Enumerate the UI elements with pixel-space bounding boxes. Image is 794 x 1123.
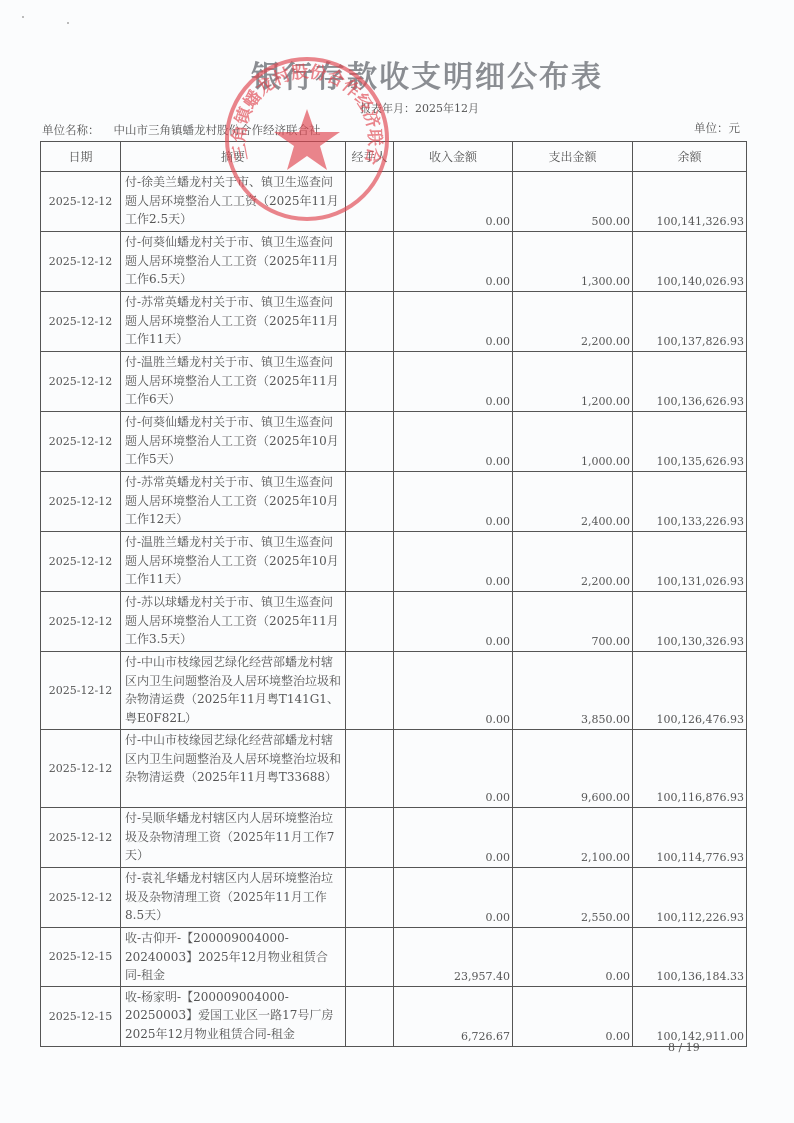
cell-balance: 100,130,326.93 (633, 592, 747, 652)
cell-expense: 0.00 (513, 986, 633, 1046)
cell-handler (346, 412, 394, 472)
cell-expense: 700.00 (513, 592, 633, 652)
table-header-row: 日期 摘要 经手人 收入金额 支出金额 余额 (41, 142, 747, 172)
cell-income: 0.00 (394, 292, 513, 352)
report-period: 报表年月：2025年12月 (360, 100, 479, 116)
table-row: 2025-12-15收-杨家明-【200009004000-20250003】爱… (41, 986, 747, 1046)
cell-date: 2025-12-12 (41, 472, 121, 532)
cell-date: 2025-12-12 (41, 292, 121, 352)
cell-balance: 100,137,826.93 (633, 292, 747, 352)
cell-balance: 100,136,626.93 (633, 352, 747, 412)
cell-summary: 付-苏以球蟠龙村关于市、镇卫生巡查问题人居环境整治人工工资（2025年11月工作… (121, 592, 346, 652)
cell-expense: 2,400.00 (513, 472, 633, 532)
cell-summary: 付-苏常英蟠龙村关于市、镇卫生巡查问题人居环境整治人工工资（2025年10月工作… (121, 472, 346, 532)
table-row: 2025-12-12付-温胜兰蟠龙村关于市、镇卫生巡查问题人居环境整治人工工资（… (41, 352, 747, 412)
cell-balance: 100,126,476.93 (633, 652, 747, 730)
report-period-value: 2025年12月 (415, 102, 479, 115)
cell-income: 0.00 (394, 868, 513, 928)
cell-balance: 100,136,184.33 (633, 928, 747, 987)
ledger-table: 日期 摘要 经手人 收入金额 支出金额 余额 2025-12-12付-徐美兰蟠龙… (40, 141, 747, 1047)
cell-date: 2025-12-15 (41, 928, 121, 987)
cell-income: 0.00 (394, 730, 513, 808)
cell-income: 0.00 (394, 592, 513, 652)
cell-handler (346, 652, 394, 730)
table-row: 2025-12-12付-温胜兰蟠龙村关于市、镇卫生巡查问题人居环境整治人工工资（… (41, 532, 747, 592)
cell-summary: 付-中山市枝缘园艺绿化经营部蟠龙村辖区内卫生问题整治及人居环境整治垃圾和杂物清运… (121, 730, 346, 808)
cell-balance: 100,140,026.93 (633, 232, 747, 292)
table-row: 2025-12-12付-袁礼华蟠龙村辖区内人居环境整治垃圾及杂物清理工资（202… (41, 868, 747, 928)
cell-balance: 100,142,911.00 (633, 986, 747, 1046)
cell-summary: 付-苏常英蟠龙村关于市、镇卫生巡查问题人居环境整治人工工资（2025年11月工作… (121, 292, 346, 352)
cell-balance: 100,141,326.93 (633, 172, 747, 232)
cell-expense: 1,200.00 (513, 352, 633, 412)
scan-speck (22, 16, 24, 18)
cell-expense: 2,200.00 (513, 292, 633, 352)
table-row: 2025-12-12付-何葵仙蟠龙村关于市、镇卫生巡查问题人居环境整治人工工资（… (41, 412, 747, 472)
cell-handler (346, 292, 394, 352)
header-date: 日期 (41, 142, 121, 172)
cell-handler (346, 592, 394, 652)
cell-handler (346, 986, 394, 1046)
cell-income: 0.00 (394, 472, 513, 532)
cell-income: 6,726.67 (394, 986, 513, 1046)
cell-expense: 3,850.00 (513, 652, 633, 730)
cell-income: 0.00 (394, 532, 513, 592)
cell-balance: 100,114,776.93 (633, 808, 747, 868)
cell-date: 2025-12-12 (41, 868, 121, 928)
cell-summary: 付-徐美兰蟠龙村关于市、镇卫生巡查问题人居环境整治人工工资（2025年11月工作… (121, 172, 346, 232)
cell-date: 2025-12-12 (41, 592, 121, 652)
table-row: 2025-12-12付-苏常英蟠龙村关于市、镇卫生巡查问题人居环境整治人工工资（… (41, 472, 747, 532)
cell-date: 2025-12-12 (41, 232, 121, 292)
cell-handler (346, 808, 394, 868)
cell-expense: 1,000.00 (513, 412, 633, 472)
cell-date: 2025-12-12 (41, 808, 121, 868)
cell-date: 2025-12-15 (41, 986, 121, 1046)
cell-date: 2025-12-12 (41, 172, 121, 232)
header-summary: 摘要 (121, 142, 346, 172)
cell-income: 0.00 (394, 412, 513, 472)
cell-summary: 付-何葵仙蟠龙村关于市、镇卫生巡查问题人居环境整治人工工资（2025年10月工作… (121, 412, 346, 472)
cell-income: 0.00 (394, 652, 513, 730)
cell-summary: 付-袁礼华蟠龙村辖区内人居环境整治垃圾及杂物清理工资（2025年11月工作8.5… (121, 868, 346, 928)
cell-summary: 收-古仰开-【200009004000-20240003】2025年12月物业租… (121, 928, 346, 987)
cell-date: 2025-12-12 (41, 730, 121, 808)
cell-handler (346, 868, 394, 928)
header-balance: 余额 (633, 142, 747, 172)
cell-handler (346, 928, 394, 987)
cell-summary: 付-何葵仙蟠龙村关于市、镇卫生巡查问题人居环境整治人工工资（2025年11月工作… (121, 232, 346, 292)
cell-summary: 付-中山市枝缘园艺绿化经营部蟠龙村辖区内卫生问题整治及人居环境整治垃圾和杂物清运… (121, 652, 346, 730)
cell-income: 0.00 (394, 232, 513, 292)
cell-expense: 500.00 (513, 172, 633, 232)
cell-balance: 100,116,876.93 (633, 730, 747, 808)
cell-handler (346, 532, 394, 592)
cell-balance: 100,112,226.93 (633, 868, 747, 928)
cell-balance: 100,133,226.93 (633, 472, 747, 532)
cell-summary: 收-杨家明-【200009004000-20250003】爱国工业区一路17号厂… (121, 986, 346, 1046)
ledger-body: 2025-12-12付-徐美兰蟠龙村关于市、镇卫生巡查问题人居环境整治人工工资（… (41, 172, 747, 1047)
cell-summary: 付-温胜兰蟠龙村关于市、镇卫生巡查问题人居环境整治人工工资（2025年11月工作… (121, 352, 346, 412)
cell-handler (346, 172, 394, 232)
cell-expense: 2,550.00 (513, 868, 633, 928)
unit-name: 单位名称：中山市三角镇蟠龙村股份合作经济联合社 (42, 122, 321, 138)
table-row: 2025-12-12付-徐美兰蟠龙村关于市、镇卫生巡查问题人居环境整治人工工资（… (41, 172, 747, 232)
cell-expense: 9,600.00 (513, 730, 633, 808)
cell-summary: 付-温胜兰蟠龙村关于市、镇卫生巡查问题人居环境整治人工工资（2025年10月工作… (121, 532, 346, 592)
cell-balance: 100,135,626.93 (633, 412, 747, 472)
header-expense: 支出金额 (513, 142, 633, 172)
cell-date: 2025-12-12 (41, 412, 121, 472)
table-row: 2025-12-12付-苏以球蟠龙村关于市、镇卫生巡查问题人居环境整治人工工资（… (41, 592, 747, 652)
table-row: 2025-12-12付-中山市枝缘园艺绿化经营部蟠龙村辖区内卫生问题整治及人居环… (41, 730, 747, 808)
unit-name-label: 单位名称： (42, 123, 100, 137)
cell-income: 0.00 (394, 352, 513, 412)
table-row: 2025-12-12付-中山市枝缘园艺绿化经营部蟠龙村辖区内卫生问题整治及人居环… (41, 652, 747, 730)
report-period-label: 报表年月： (360, 102, 415, 115)
scan-speck (67, 22, 69, 24)
table-row: 2025-12-12付-苏常英蟠龙村关于市、镇卫生巡查问题人居环境整治人工工资（… (41, 292, 747, 352)
table-row: 2025-12-15收-古仰开-【200009004000-20240003】2… (41, 928, 747, 987)
page-title: 银行存款收支明细公布表 (0, 52, 794, 96)
cell-expense: 0.00 (513, 928, 633, 987)
header-income: 收入金额 (394, 142, 513, 172)
cell-income: 0.00 (394, 808, 513, 868)
page-number: 8 / 19 (668, 1041, 700, 1054)
cell-date: 2025-12-12 (41, 352, 121, 412)
header-handler: 经手人 (346, 142, 394, 172)
cell-handler (346, 352, 394, 412)
cell-income: 23,957.40 (394, 928, 513, 987)
cell-handler (346, 472, 394, 532)
cell-handler (346, 232, 394, 292)
cell-date: 2025-12-12 (41, 652, 121, 730)
cell-balance: 100,131,026.93 (633, 532, 747, 592)
cell-income: 0.00 (394, 172, 513, 232)
cell-date: 2025-12-12 (41, 532, 121, 592)
table-row: 2025-12-12付-吴顺华蟠龙村辖区内人居环境整治垃圾及杂物清理工资（202… (41, 808, 747, 868)
cell-expense: 2,200.00 (513, 532, 633, 592)
unit-name-value: 中山市三角镇蟠龙村股份合作经济联合社 (114, 123, 321, 137)
cell-handler (346, 730, 394, 808)
cell-summary: 付-吴顺华蟠龙村辖区内人居环境整治垃圾及杂物清理工资（2025年11月工作7天） (121, 808, 346, 868)
currency-unit: 单位：元 (694, 120, 740, 136)
cell-expense: 2,100.00 (513, 808, 633, 868)
cell-expense: 1,300.00 (513, 232, 633, 292)
table-row: 2025-12-12付-何葵仙蟠龙村关于市、镇卫生巡查问题人居环境整治人工工资（… (41, 232, 747, 292)
